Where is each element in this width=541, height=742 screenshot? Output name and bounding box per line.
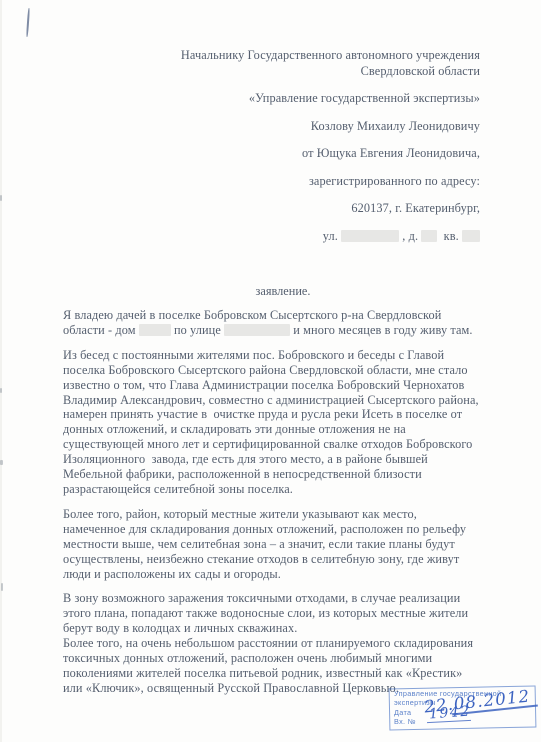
redacted-text xyxy=(341,230,399,242)
paragraph: В зону возможного заражения токсичными о… xyxy=(63,591,493,695)
redacted-text xyxy=(462,230,480,242)
body-line: Из бесед с постоянными жителями пос. Боб… xyxy=(63,348,493,363)
body-line: существующей много лет и сертифицированн… xyxy=(63,437,493,452)
body-line: намерен принять участие в очистке пруда … xyxy=(63,407,493,422)
body-line: донных отложений, и складировать эти дон… xyxy=(63,422,493,437)
header-line: ул. , д. кв. xyxy=(181,229,480,245)
header-line: от Ющука Евгения Леонидовича, xyxy=(181,146,480,162)
redacted-text xyxy=(224,324,290,336)
body-line: берут воду в колодцах и личных скважинах… xyxy=(63,621,493,636)
body-line: В зону возможного заражения токсичными о… xyxy=(63,591,493,606)
body-line: известно о том, что Глава Администрации … xyxy=(63,378,493,393)
paragraph: Более того, район, который местные жител… xyxy=(63,507,493,582)
body-line: Более того, на очень небольшом расстояни… xyxy=(63,636,493,651)
body-line: разрастающейся селитебной зоны поселка. xyxy=(63,482,493,497)
pen-mark-artifact xyxy=(26,8,30,37)
body-line: Мебельной фабрики, расположенной в непос… xyxy=(63,467,493,482)
recipient-block: Начальнику Государственного автономного … xyxy=(181,48,480,244)
paragraph: Из бесед с постоянными жителями пос. Боб… xyxy=(63,348,493,497)
stamp-pen-stroke xyxy=(452,705,538,716)
redacted-text xyxy=(139,324,171,336)
body-line: местности выше, чем селитебная зона – а … xyxy=(63,537,493,552)
scan-smudge xyxy=(0,388,2,393)
stamp-pen-stroke xyxy=(427,720,471,724)
header-line: 620137, г. Екатеринбург, xyxy=(181,201,480,217)
header-line: Свердловской области xyxy=(181,64,480,80)
letter-body: Я владею дачей в поселке Бобровском Сысе… xyxy=(63,308,493,706)
body-line: намеченное для складирования донных отло… xyxy=(63,522,493,537)
redacted-text xyxy=(421,230,437,242)
stamp-number-label: Вх. № xyxy=(394,718,416,727)
body-line: поколениями жителей поселка питьевой род… xyxy=(63,666,493,681)
body-line: или «Ключик», освященный Русской Правосл… xyxy=(63,681,493,696)
body-line: токсичных донных отложений, расположен о… xyxy=(63,651,493,666)
stamp-number-handwritten: 1942 xyxy=(428,704,471,723)
header-line: зарегистрированного по адресу: xyxy=(181,174,480,190)
body-line: Более того, район, который местные жител… xyxy=(63,507,493,522)
body-line: осуществлены, неизбежно стекание отходов… xyxy=(63,552,493,567)
body-line: области - дом по улице и много месяцев в… xyxy=(63,323,493,338)
header-line: Начальнику Государственного автономного … xyxy=(181,48,480,64)
body-line: Я владею дачей в поселке Бобровском Сысе… xyxy=(63,308,493,323)
header-line: Козлову Михаилу Леонидовичу xyxy=(181,119,480,135)
letter-title: заявление. xyxy=(63,284,503,299)
body-line: поселка Бобровского Сысертского района С… xyxy=(63,363,493,378)
scan-smudge xyxy=(0,195,2,201)
header-line: «Управление государственной экспертизы» xyxy=(181,91,480,107)
scan-smudge xyxy=(1,583,3,591)
scan-edge-shadow xyxy=(0,0,2,742)
body-line: Изоляционного завода, где есть для этого… xyxy=(63,452,493,467)
body-line: этого плана, попадают также водоносные с… xyxy=(63,606,493,621)
body-line: Владимир Александрович, совместно с адми… xyxy=(63,393,493,408)
stamp-date-label: Дата xyxy=(394,709,411,718)
paragraph: Я владею дачей в поселке Бобровском Сысе… xyxy=(63,308,493,338)
body-line: люди и расположены их сады и огороды. xyxy=(63,567,493,582)
scan-smudge xyxy=(0,460,3,465)
scanned-letter-page: Начальнику Государственного автономного … xyxy=(0,0,541,742)
